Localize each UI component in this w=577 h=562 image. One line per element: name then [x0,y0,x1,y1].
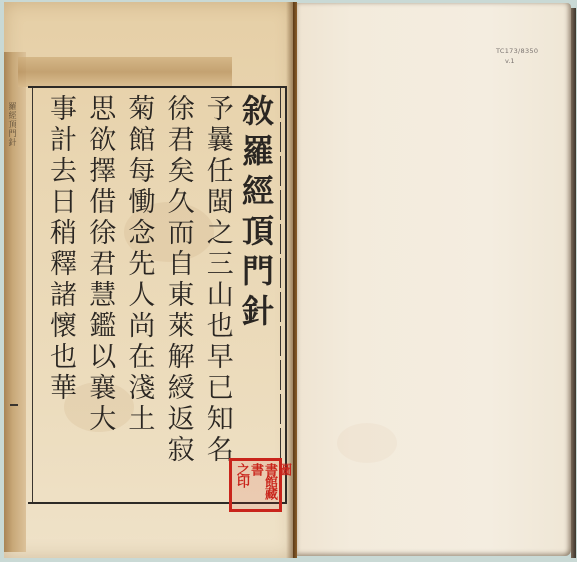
page-edge-shadow [571,8,576,558]
pencil-volume-mark: v.1 [505,57,515,65]
text-columns: 敘羅經頂門針 予曩任閩之三山也早已知名 徐君矣久而自東萊解綬返寂 菊館每慟念先人… [42,94,274,499]
library-seal-stamp: 吉林省圖 書館藏書 之印 [229,458,282,512]
text-column-5: 事計去日稍釋諸懷也華 [42,94,78,499]
text-column-2: 徐君矣久而自東萊解綬返寂 [160,94,196,499]
seal-column-3: 之印 [234,463,248,507]
printed-text-frame: 敘羅經頂門針 予曩任閩之三山也早已知名 徐君矣久而自東萊解綬返寂 菊館每慟念先人… [28,86,287,504]
book-spread: 羅經頂門針 敘羅經頂門針 予曩任閩之三山也早已知名 徐君矣久而自東萊解綬返寂 菊… [0,0,577,562]
leaf-number-mark [10,404,18,406]
frame-inner-rule-right [280,88,281,502]
paper-stain-band [18,57,232,87]
seal-column-2: 書館藏書 [248,463,276,507]
right-page-blank: TC173/8350 v.1 [297,3,571,556]
text-column-4: 思欲擇借徐君慧鑑以襄大 [81,94,117,499]
text-column-3: 菊館每慟念先人尚在淺土 [120,94,156,499]
text-column-1: 予曩任閩之三山也早已知名 [199,94,235,499]
fore-edge-label: 羅經頂門針 [7,102,18,147]
frame-inner-rule-left [32,88,33,502]
paper-stain [337,423,397,463]
pencil-call-number: TC173/8350 [496,47,538,55]
preface-title: 敘羅經頂門針 [238,94,274,499]
